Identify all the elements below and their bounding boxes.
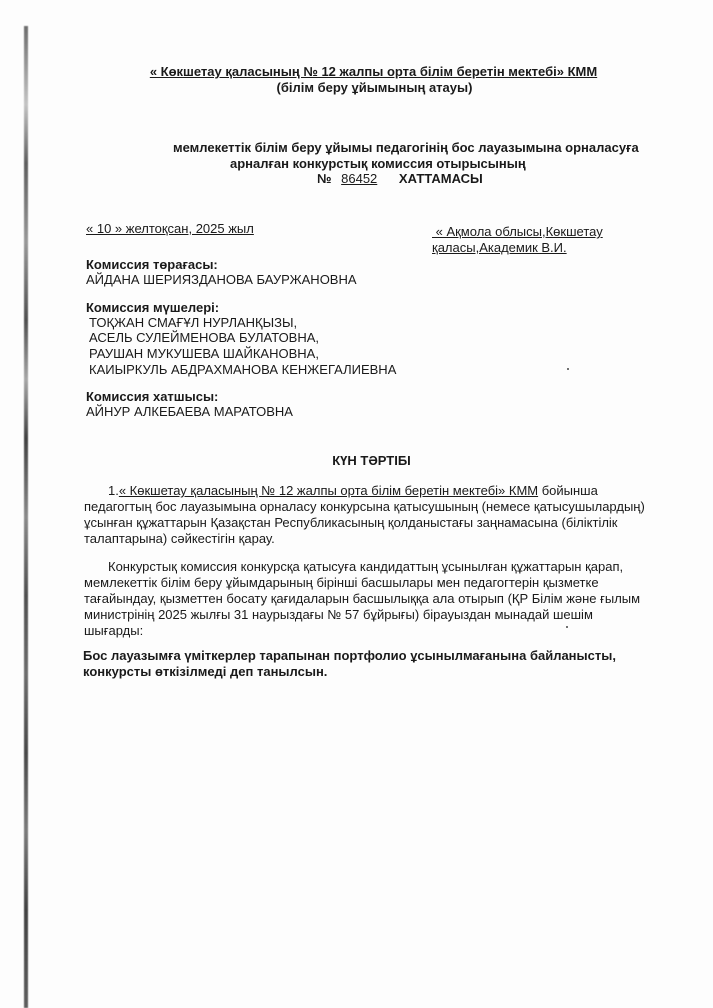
agenda-title: КҮН ТӘРТІБІ xyxy=(0,453,713,468)
organization-caption: (білім беру ұйымының атауы) xyxy=(0,80,713,95)
meeting-place-line1: « Ақмола облысы,Көкшетау xyxy=(432,224,603,240)
agenda-item-1-line2: педагогтың бос лауазымына орналасу конку… xyxy=(84,499,654,515)
agenda-item-number: 1. xyxy=(108,483,119,498)
organization-name: « Көкшетау қаласының № 12 жалпы орта біл… xyxy=(0,64,713,79)
chair-label: Комиссия төрағасы: xyxy=(86,257,218,272)
protocol-title-line2: арналған конкурстық комиссия отырысының xyxy=(230,156,526,171)
member-1: ТОҚЖАН СМАҒҰЛ НУРЛАНҚЫЗЫ, xyxy=(89,315,297,330)
member-4: КАИЫРКУЛЬ АБДРАХМАНОВА КЕНЖЕГАЛИЕВНА xyxy=(89,362,396,377)
resolution-line5: шығарды: xyxy=(84,623,654,639)
members-label: Комиссия мүшелері: xyxy=(86,300,219,315)
chair-name: АЙДАНА ШЕРИЯЗДАНОВА БАУРЖАНОВНА xyxy=(86,272,357,287)
scan-speck xyxy=(566,626,568,628)
protocol-number: 86452 xyxy=(335,171,395,186)
meeting-date: « 10 » желтоқсан, 2025 жыл xyxy=(86,221,254,236)
resolution-line3: тағайындау, қызметтен босату қағидаларын… xyxy=(84,591,654,607)
secretary-name: АЙНУР АЛКЕБАЕВА МАРАТОВНА xyxy=(86,404,293,419)
agenda-item-1-line1: 1.« Көкшетау қаласының № 12 жалпы орта б… xyxy=(84,483,654,499)
member-2: АСЕЛЬ СУЛЕЙМЕНОВА БУЛАТОВНА, xyxy=(89,330,319,345)
member-3: РАУШАН МУКУШЕВА ШАЙКАНОВНА, xyxy=(89,346,319,361)
agenda-item-1-line1-rest: бойынша xyxy=(538,483,598,498)
scan-speck xyxy=(567,368,569,370)
agenda-item-org: « Көкшетау қаласының № 12 жалпы орта біл… xyxy=(119,483,538,498)
resolution-line1: Конкурстық комиссия конкурсқа қатысуға к… xyxy=(84,559,654,575)
protocol-title-line1: мемлекеттік білім беру ұйымы педагогінің… xyxy=(173,140,639,155)
agenda-item-1-line4: талаптарына) сәйкестігін қарау. xyxy=(84,531,654,547)
protocol-suffix: ХАТТАМАСЫ xyxy=(399,171,483,186)
decision-line1: Бос лауазымға үміткерлер тарапынан портф… xyxy=(83,648,616,664)
number-sign: № xyxy=(317,171,332,186)
protocol-number-line: № 86452 ХАТТАМАСЫ xyxy=(317,171,483,186)
resolution-line4: министрінің 2025 жылғы 31 наурыздағы № 5… xyxy=(84,607,654,623)
scanner-edge-artifact xyxy=(24,26,28,1008)
organization-name-text: « Көкшетау қаласының № 12 жалпы орта біл… xyxy=(150,64,597,79)
secretary-label: Комиссия хатшысы: xyxy=(86,389,218,404)
agenda-item-1-line3: ұсынған құжаттарын Қазақстан Республикас… xyxy=(84,515,654,531)
decision-line2: конкурсты өткізілмеді деп танылсын. xyxy=(83,664,616,680)
resolution-line2: мемлекеттік білім беру ұйымдарының бірін… xyxy=(84,575,654,591)
resolution-paragraph: Конкурстық комиссия конкурсқа қатысуға к… xyxy=(84,559,654,639)
meeting-place: « Ақмола облысы,Көкшетау қаласы,Академик… xyxy=(432,224,603,256)
meeting-place-line2: қаласы,Академик В.И. xyxy=(432,240,603,256)
agenda-item-1: 1.« Көкшетау қаласының № 12 жалпы орта б… xyxy=(84,483,654,547)
decision-paragraph: Бос лауазымға үміткерлер тарапынан портф… xyxy=(83,648,616,680)
